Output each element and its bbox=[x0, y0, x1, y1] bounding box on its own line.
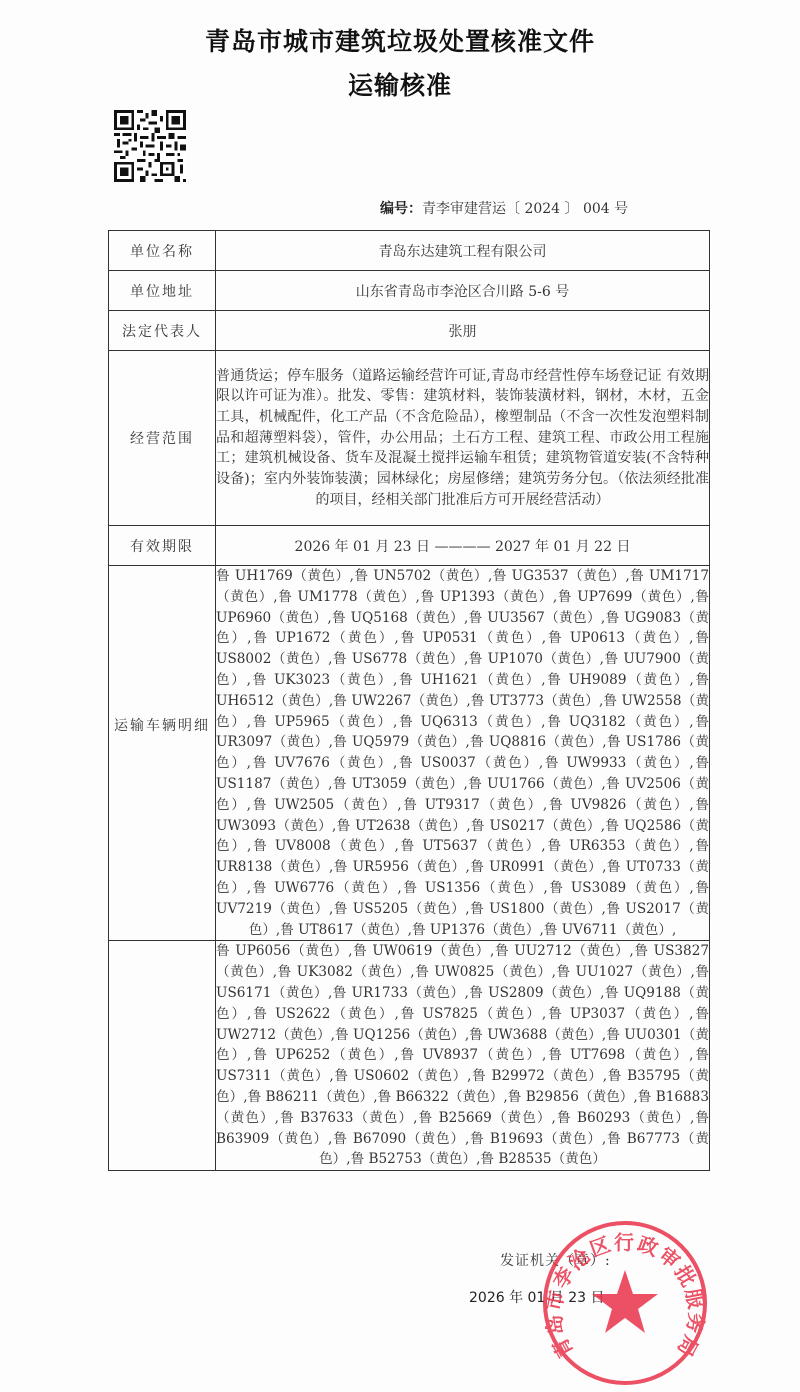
value-validity: 2026 年 01 月 23 日 ———— 2027 年 01 月 22 日 bbox=[216, 526, 710, 566]
table-row-vehicles: 运输车辆明细 鲁 UH1769（黄色）,鲁 UN5702（黄色）,鲁 UG353… bbox=[109, 566, 710, 941]
approval-table: 单位名称 青岛东达建筑工程有限公司 单位地址 山东省青岛市李沧区合川路 5-6 … bbox=[108, 230, 710, 1171]
document-number-label: 编号： bbox=[380, 201, 422, 217]
document-subtitle: 运输核准 bbox=[0, 66, 800, 102]
label-legal-rep: 法定代表人 bbox=[109, 311, 216, 351]
label-unit-address: 单位地址 bbox=[109, 271, 216, 311]
label-vehicles: 运输车辆明细 bbox=[109, 566, 216, 941]
label-validity: 有效期限 bbox=[109, 526, 216, 566]
value-vehicles-part2: 鲁 UP6056（黄色）,鲁 UW0619（黄色）,鲁 UU2712（黄色）,鲁… bbox=[216, 941, 710, 1171]
value-business-scope: 普通货运；停车服务（道路运输经营许可证,青岛市经营性停车场登记证 有效期限以许可… bbox=[216, 351, 710, 526]
table-row-unit-name: 单位名称 青岛东达建筑工程有限公司 bbox=[109, 231, 710, 271]
table-row-business-scope: 经营范围 普通货运；停车服务（道路运输经营许可证,青岛市经营性停车场登记证 有效… bbox=[109, 351, 710, 526]
value-legal-rep: 张朋 bbox=[216, 311, 710, 351]
value-unit-name: 青岛东达建筑工程有限公司 bbox=[216, 231, 710, 271]
document-title: 青岛市城市建筑垃圾处置核准文件 bbox=[0, 22, 800, 58]
qr-code-icon[interactable] bbox=[114, 110, 186, 182]
official-seal: 青岛市李沧区行政审批服务局 bbox=[540, 1218, 710, 1388]
table-row-vehicles-continued: 鲁 UP6056（黄色）,鲁 UW0619（黄色）,鲁 UU2712（黄色）,鲁… bbox=[109, 941, 710, 1171]
star-icon bbox=[592, 1270, 658, 1333]
value-vehicles-part1: 鲁 UH1769（黄色）,鲁 UN5702（黄色）,鲁 UG3537（黄色）,鲁… bbox=[216, 566, 710, 941]
table-row-unit-address: 单位地址 山东省青岛市李沧区合川路 5-6 号 bbox=[109, 271, 710, 311]
table-row-legal-rep: 法定代表人 张朋 bbox=[109, 311, 710, 351]
label-vehicles-empty bbox=[109, 941, 216, 1171]
label-unit-name: 单位名称 bbox=[109, 231, 216, 271]
document-number: 编号：青李审建营运〔 2024 〕 004 号 bbox=[380, 198, 628, 218]
value-unit-address: 山东省青岛市李沧区合川路 5-6 号 bbox=[216, 271, 710, 311]
table-row-validity: 有效期限 2026 年 01 月 23 日 ———— 2027 年 01 月 2… bbox=[109, 526, 710, 566]
label-business-scope: 经营范围 bbox=[109, 351, 216, 526]
document-number-value: 青李审建营运〔 2024 〕 004 号 bbox=[422, 201, 628, 217]
